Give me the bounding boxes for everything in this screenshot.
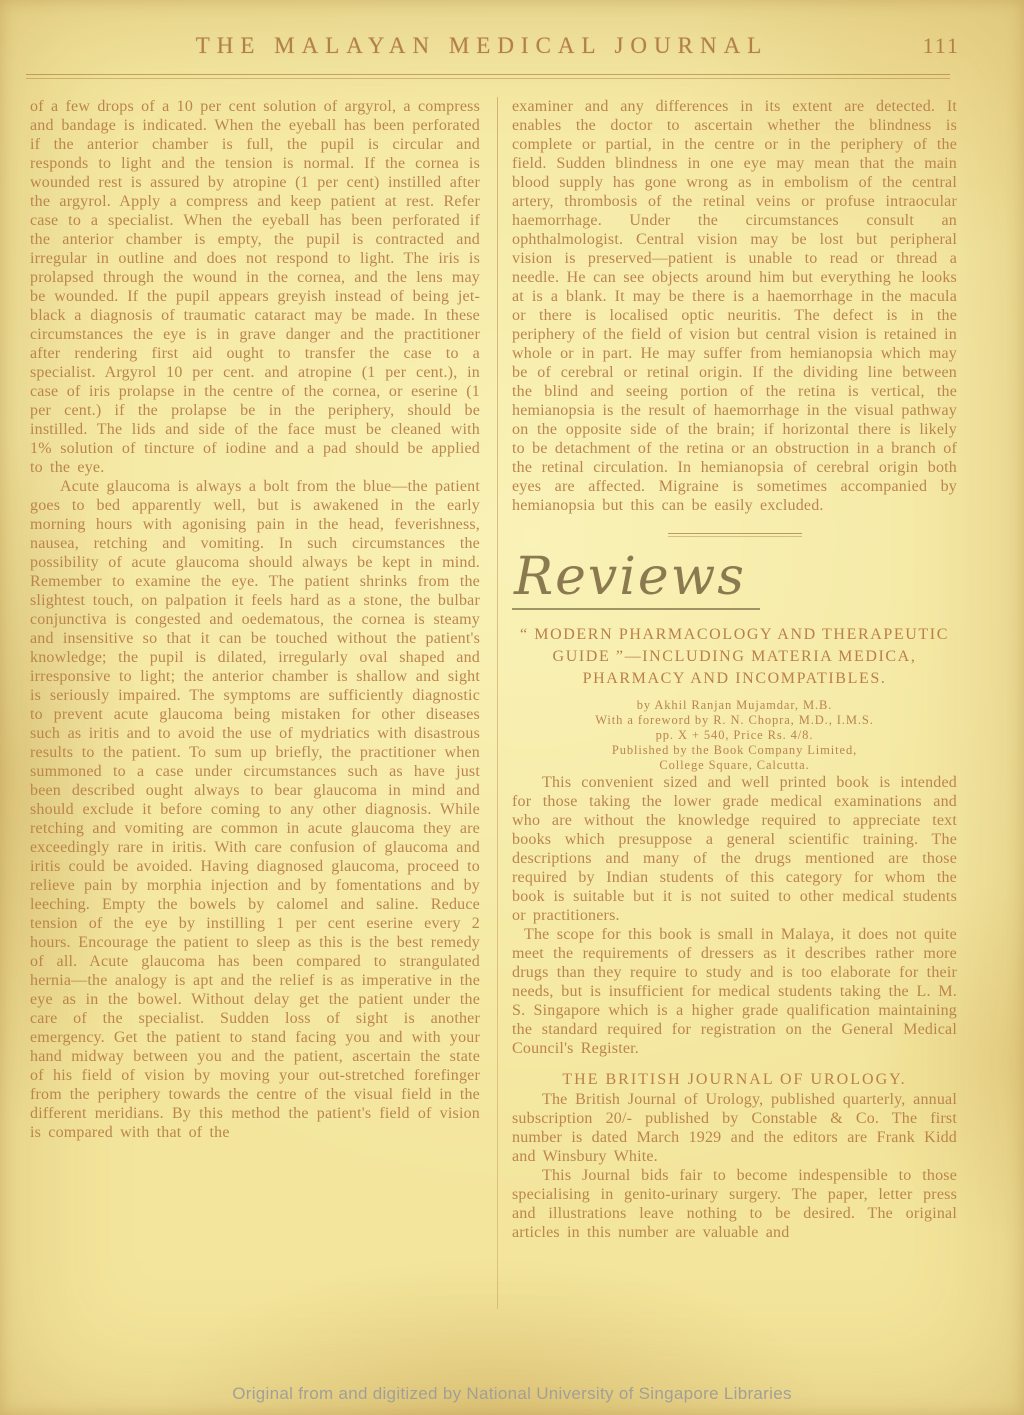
review-paragraph: This Journal bids fair to become indespe… (512, 1166, 957, 1242)
left-column: of a few drops of a 10 per cent solution… (30, 97, 480, 1309)
body-paragraph: examiner and any differences in its exte… (512, 97, 957, 515)
review-title: THE BRITISH JOURNAL OF UROLOGY. (512, 1070, 957, 1090)
byline-publisher: Published by the Book Company Limited, (512, 743, 957, 758)
review-title-line: GUIDE ”—INCLUDING MATERIA MEDICA, (512, 646, 957, 668)
review-byline: by Akhil Ranjan Mujamdar, M.B. With a fo… (512, 698, 957, 773)
section-separator-rule (668, 533, 802, 537)
content-columns: of a few drops of a 10 per cent solution… (30, 97, 957, 1309)
right-column: examiner and any differences in its exte… (498, 97, 957, 1309)
review-paragraph: This convenient sized and well printed b… (512, 773, 957, 925)
page-number: 111 (923, 33, 960, 59)
byline-foreword: With a foreword by R. N. Chopra, M.D., I… (512, 713, 957, 728)
journal-title: THE MALAYAN MEDICAL JOURNAL (0, 33, 964, 59)
header-double-rule (26, 74, 950, 79)
byline-author: by Akhil Ranjan Mujamdar, M.B. (512, 698, 957, 713)
review-paragraph: The scope for this book is small in Mala… (512, 925, 957, 1058)
reviews-section-heading: Reviews (512, 551, 760, 610)
review-title-line: PHARMACY AND INCOMPATIBLES. (512, 668, 957, 690)
digitization-credit: Original from and digitized by National … (0, 1384, 1024, 1404)
scanned-journal-page: THE MALAYAN MEDICAL JOURNAL 111 of a few… (0, 0, 1024, 1415)
review-article-pharmacology: “ MODERN PHARMACOLOGY AND THERAPEUTIC GU… (512, 624, 957, 1058)
review-article-urology: THE BRITISH JOURNAL OF UROLOGY. The Brit… (512, 1070, 957, 1242)
review-title-line: “ MODERN PHARMACOLOGY AND THERAPEUTIC (512, 624, 957, 646)
byline-publisher-address: College Square, Calcutta. (512, 758, 957, 773)
body-paragraph: of a few drops of a 10 per cent solution… (30, 97, 480, 477)
body-paragraph: Acute glaucoma is always a bolt from the… (30, 477, 480, 1142)
review-paragraph: The British Journal of Urology, publishe… (512, 1090, 957, 1166)
byline-pages-price: pp. X + 540, Price Rs. 4/8. (512, 728, 957, 743)
